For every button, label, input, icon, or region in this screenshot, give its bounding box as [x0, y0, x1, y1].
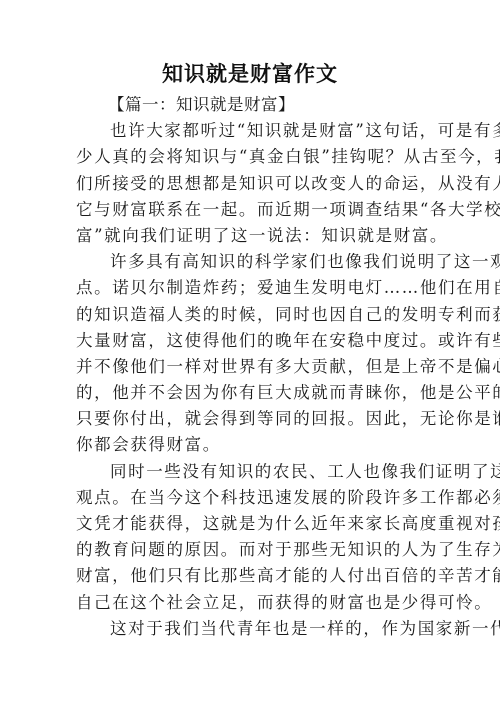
- text-line: 的教育问题的原因。而对于那些无知识的人为了生存为了: [76, 537, 426, 563]
- text-line: 文凭才能获得，这就是为什么近年来家长高度重视对孩子: [76, 511, 426, 537]
- text-line: 同时一些没有知识的农民、工人也像我们证明了这一: [76, 459, 426, 485]
- text-line: 你都会获得财富。: [76, 432, 426, 458]
- text-line: 这对于我们当代青年也是一样的，作为国家新一代，: [76, 616, 426, 642]
- document-title: 知识就是财富作文: [0, 58, 500, 88]
- text-line: 只要你付出，就会得到等同的回报。因此，无论你是谁，: [76, 406, 426, 432]
- text-line: 并不像他们一样对世界有多大贡献，但是上帝不是偏心: [76, 354, 426, 380]
- section-heading: 【篇一：知识就是财富】: [76, 92, 426, 118]
- text-line: 也许大家都听过“知识就是财富”这句话，可是有多: [76, 118, 426, 144]
- text-line: 富”就向我们证明了这一说法：知识就是财富。: [76, 223, 426, 249]
- text-line: 财富，他们只有比那些高才能的人付出百倍的辛苦才能使: [76, 563, 426, 589]
- text-line: 观点。在当今这个科技迅速发展的阶段许多工作都必须有: [76, 485, 426, 511]
- text-line: 大量财富，这使得他们的晚年在安稳中度过。或许有些人: [76, 328, 426, 354]
- text-line: 的知识造福人类的时候，同时也因自己的发明专利而获得: [76, 302, 426, 328]
- text-line: 它与财富联系在一起。而近期一项调查结果“各大学校造: [76, 197, 426, 223]
- document-body: 【篇一：知识就是财富】 也许大家都听过“知识就是财富”这句话，可是有多 少人真的…: [76, 92, 426, 642]
- text-line: 点。诺贝尔制造炸药；爱迪生发明电灯……他们在用自己: [76, 275, 426, 301]
- text-line: 少人真的会将知识与“真金白银”挂钩呢？从古至今，我: [76, 144, 426, 170]
- document-page: 知识就是财富作文 【篇一：知识就是财富】 也许大家都听过“知识就是财富”这句话，…: [0, 0, 500, 707]
- text-line: 们所接受的思想都是知识可以改变人的命运，从没有人将: [76, 171, 426, 197]
- text-line: 许多具有高知识的科学家们也像我们说明了这一观: [76, 249, 426, 275]
- text-line: 自己在这个社会立足，而获得的财富也是少得可怜。: [76, 590, 426, 616]
- text-line: 的，他并不会因为你有巨大成就而青睐你，他是公平的，: [76, 380, 426, 406]
